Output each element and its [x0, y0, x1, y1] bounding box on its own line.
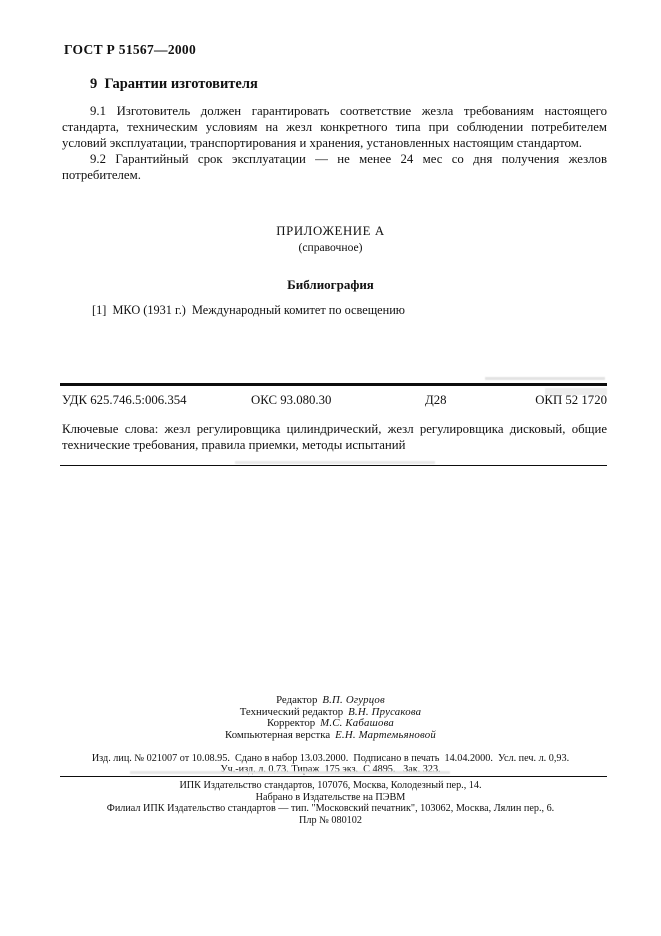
scan-artifact: [130, 771, 450, 774]
print-info-line-1: Изд. лиц. № 021007 от 10.08.95. Сдано в …: [0, 753, 661, 764]
staff-name: В.П. Огурцов: [322, 694, 385, 706]
staff-role: Корректор: [267, 717, 315, 729]
scan-artifact: [485, 377, 605, 380]
standard-code: ГОСТ Р 51567—2000: [64, 42, 196, 58]
staff-name: М.С. Кабашова: [320, 717, 394, 729]
publisher-typeset-line: Набрано в Издательстве на ПЭВМ: [0, 792, 661, 804]
keywords-text: Ключевые слова: жезл регулировщика цилин…: [62, 421, 607, 453]
horizontal-rule-thin: [60, 465, 607, 466]
udk-code: УДК 625.746.5:006.354: [62, 393, 187, 408]
staff-line-corrector: КорректорМ.С. Кабашова: [0, 718, 661, 730]
staff-name: Е.Н. Мартемьяновой: [335, 729, 436, 741]
paragraph-9-1: 9.1 Изготовитель должен гарантировать со…: [62, 103, 607, 151]
bibliography-heading: Библиография: [0, 277, 661, 293]
check-code: Д28: [425, 393, 447, 408]
staff-role: Редактор: [276, 694, 317, 706]
oks-code: ОКС 93.080.30: [251, 393, 331, 408]
paragraph-9-2: 9.2 Гарантийный срок эксплуатации — не м…: [62, 151, 607, 183]
colophon-staff-block: РедакторВ.П. Огурцов Технический редакто…: [0, 695, 661, 741]
section-9-body: 9.1 Изготовитель должен гарантировать со…: [62, 103, 607, 183]
staff-line-layout: Компьютерная версткаЕ.Н. Мартемьяновой: [0, 730, 661, 742]
publisher-block: ИПК Издательство стандартов, 107076, Мос…: [0, 780, 661, 826]
appendix-a-title: ПРИЛОЖЕНИЕ А: [0, 224, 661, 239]
scan-artifact: [235, 461, 435, 464]
publisher-address-line: ИПК Издательство стандартов, 107076, Мос…: [0, 780, 661, 792]
okp-code: ОКП 52 1720: [535, 393, 607, 408]
publisher-plr-line: Плр № 080102: [0, 815, 661, 827]
horizontal-rule-bottom: [60, 776, 607, 777]
classification-row: УДК 625.746.5:006.354 ОКС 93.080.30 Д28 …: [62, 393, 607, 409]
staff-name: В.Н. Прусакова: [348, 706, 421, 718]
staff-role: Технический редактор: [240, 706, 343, 718]
section-9-title: 9 Гарантии изготовителя: [90, 76, 258, 93]
bibliography-reference: [1] МКО (1931 г.) Международный комитет …: [92, 303, 405, 318]
publisher-branch-line: Филиал ИПК Издательство стандартов — тип…: [0, 803, 661, 815]
document-page: ГОСТ Р 51567—2000 9 Гарантии изготовител…: [0, 0, 661, 936]
staff-role: Компьютерная верстка: [225, 729, 330, 741]
horizontal-rule-thick: [60, 383, 607, 386]
appendix-a-type-note: (справочное): [0, 241, 661, 254]
